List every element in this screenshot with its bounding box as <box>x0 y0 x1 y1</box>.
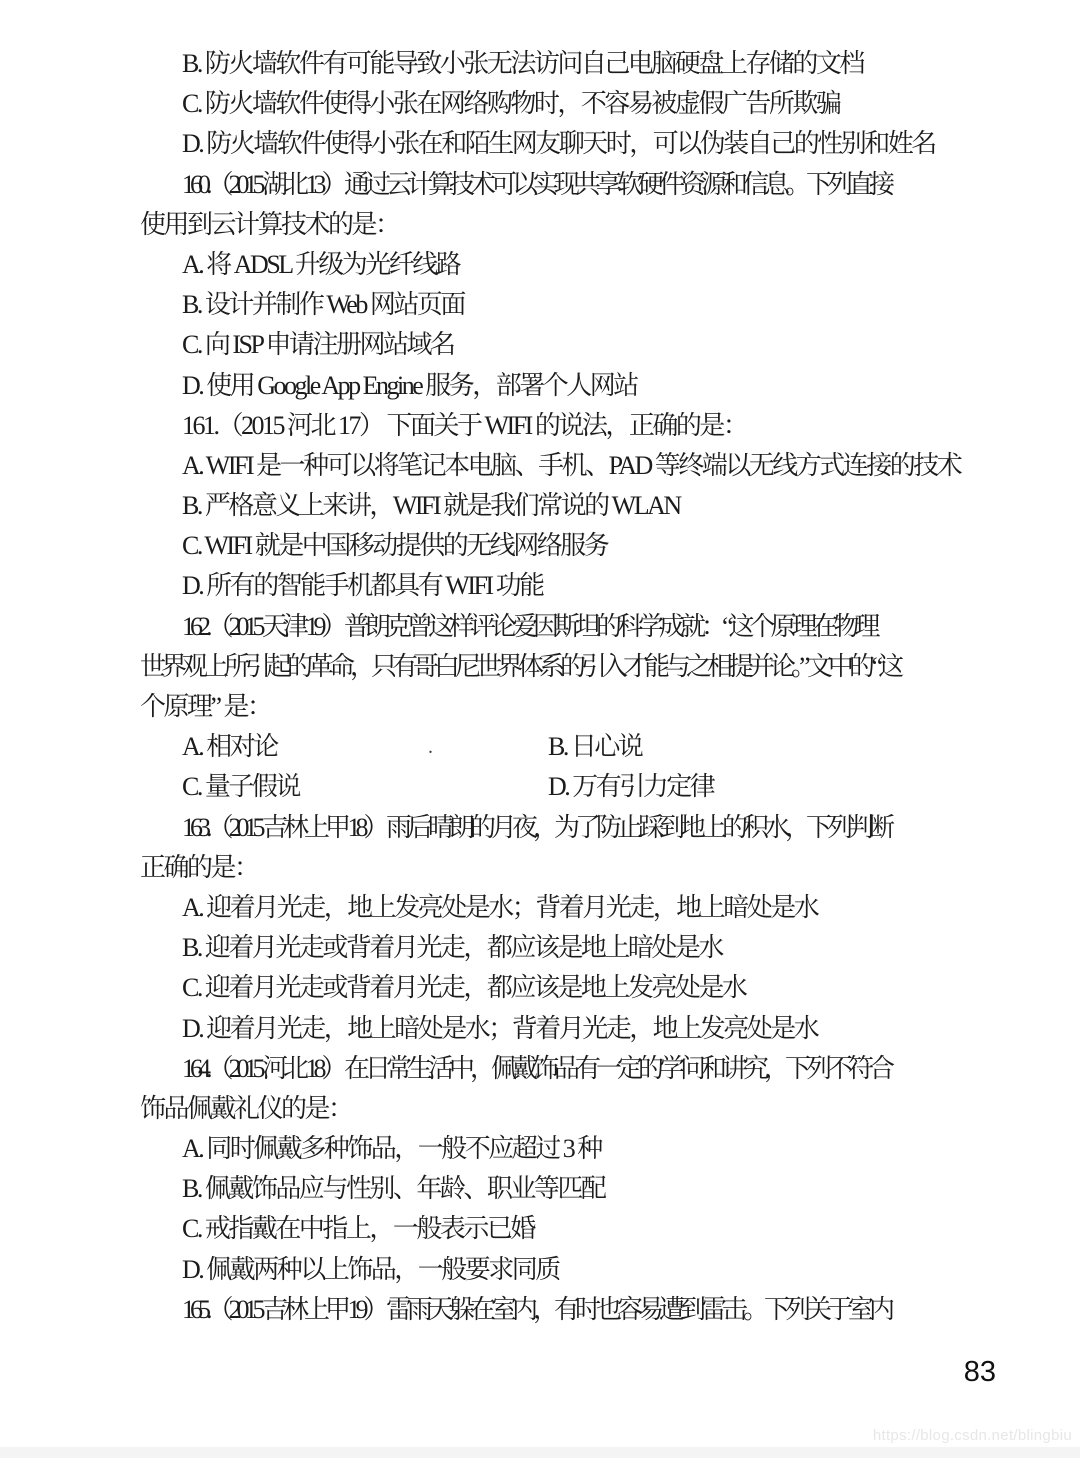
option-cell: B. 日心说 <box>548 727 641 767</box>
option-line: D. 迎着月光走，地上暗处是水；背着月光走，地上发亮处是水 <box>140 1009 1000 1049</box>
question-line: 164.（2015 河北 18） 在日常生活中，佩戴饰品有一定的学问和讲究，下列… <box>140 1049 1000 1089</box>
option-line: C. 戒指戴在中指上，一般表示已婚 <box>140 1209 1000 1249</box>
option-line: A. 迎着月光走，地上发亮处是水；背着月光走，地上暗处是水 <box>140 888 1000 928</box>
continuation-line: 饰品佩戴礼仪的是： <box>140 1089 1000 1129</box>
question-line: 165.（2015 吉林上甲 19） 雷雨天躲在室内，有时也容易遭到雷击。下列关… <box>140 1290 1000 1330</box>
question-line: 162.（2015 天津 19） 普朗克曾这样评论爱因斯坦的科学成就：“这个原理… <box>140 607 1000 647</box>
continuation-line: 使用到云计算技术的是： <box>140 205 1000 245</box>
continuation-line: 正确的是： <box>140 848 1000 888</box>
question-line: 160.（2015 湖北 13） 通过云计算技术可以实现共享软硬件资源和信息。下… <box>140 165 1000 205</box>
option-line: B. 迎着月光走或背着月光走，都应该是地上暗处是水 <box>140 928 1000 968</box>
option-line: A. WIFI 是一种可以将笔记本电脑、手机、PAD 等终端以无线方式连接的技术 <box>140 446 1000 486</box>
option-line: C. WIFI 就是中国移动提供的无线网络服务 <box>140 526 1000 566</box>
option-line: D. 使用 Google App Engine 服务，部署个人网站 <box>140 366 1000 406</box>
bottom-strip <box>0 1447 1080 1458</box>
option-line: B. 防火墙软件有可能导致小张无法访问自己电脑硬盘上存储的文档 <box>140 44 1000 84</box>
option-line: A. 将 ADSL 升级为光纤线路 <box>140 245 1000 285</box>
option-line: D. 防火墙软件使得小张在和陌生网友聊天时，可以伪装自己的性别和姓名 <box>140 124 1000 164</box>
document-page: B. 防火墙软件有可能导致小张无法访问自己电脑硬盘上存储的文档C. 防火墙软件使… <box>0 0 1080 1458</box>
option-line: C. 向 ISP 申请注册网站域名 <box>140 325 1000 365</box>
question-line: 161.（2015 河北 17） 下面关于 WIFI 的说法，正确的是： <box>140 406 1000 446</box>
page-number: 83 <box>964 1356 996 1389</box>
option-line: D. 佩戴两种以上饰品，一般要求同质 <box>140 1250 1000 1290</box>
option-cell: C. 量子假说 <box>182 772 299 801</box>
continuation-line: 世界观上所引起的革命，只有哥白尼世界体系的引入才能与之相提并论。” 文中的 “这 <box>140 647 1000 687</box>
question-line: 163.（2015 吉林上甲 18） 雨后晴朗的月夜，为了防止踩到地上的积水，下… <box>140 808 1000 848</box>
stray-dot: . <box>428 727 433 767</box>
option-pair-line: C. 量子假说D. 万有引力定律 <box>140 767 1000 807</box>
option-line: C. 迎着月光走或背着月光走，都应该是地上发亮处是水 <box>140 968 1000 1008</box>
option-line: B. 佩戴饰品应与性别、年龄、职业等匹配 <box>140 1169 1000 1209</box>
option-line: C. 防火墙软件使得小张在网络购物时，不容易被虚假广告所欺骗 <box>140 84 1000 124</box>
option-line: B. 设计并制作 Web 网站页面 <box>140 285 1000 325</box>
option-line: A. 同时佩戴多种饰品，一般不应超过 3 种 <box>140 1129 1000 1169</box>
option-pair-line: A. 相对论.B. 日心说 <box>140 727 1000 767</box>
option-cell: D. 万有引力定律 <box>548 767 713 807</box>
text-block: B. 防火墙软件有可能导致小张无法访问自己电脑硬盘上存储的文档C. 防火墙软件使… <box>140 44 1000 1330</box>
continuation-line: 个原理” 是： <box>140 687 1000 727</box>
option-line: B. 严格意义上来讲，WIFI 就是我们常说的 WLAN <box>140 486 1000 526</box>
option-cell: A. 相对论 <box>182 732 277 761</box>
watermark-url: https://blog.csdn.net/blingbiu <box>873 1427 1072 1444</box>
option-line: D. 所有的智能手机都具有 WIFI 功能 <box>140 566 1000 606</box>
